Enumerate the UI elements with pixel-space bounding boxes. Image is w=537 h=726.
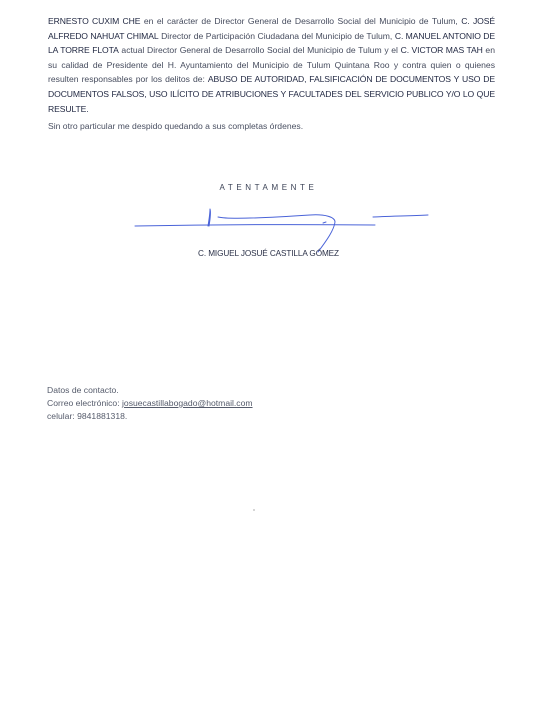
emphasized-text: C. VICTOR MAS TAH bbox=[401, 45, 483, 55]
body-text: actual Director General de Desarrollo So… bbox=[119, 45, 401, 55]
scan-speck bbox=[253, 509, 255, 511]
contact-heading: Datos de contacto. bbox=[47, 384, 119, 397]
body-paragraph: ERNESTO CUXIM CHE en el carácter de Dire… bbox=[48, 14, 495, 116]
body-text: Director de Participación Ciudadana del … bbox=[159, 31, 395, 41]
closing-line: Sin otro particular me despido quedando … bbox=[48, 121, 303, 131]
contact-phone: celular: 9841881318. bbox=[47, 410, 127, 423]
salutation: ATENTAMENTE bbox=[0, 183, 537, 192]
email-link[interactable]: josuecastillabogado@hotmail.com bbox=[122, 398, 253, 408]
document-page: ERNESTO CUXIM CHE en el carácter de Dire… bbox=[0, 0, 537, 726]
contact-email-row: Correo electrónico: josuecastillabogado@… bbox=[47, 397, 253, 410]
body-text: en el carácter de Director General de De… bbox=[140, 16, 461, 26]
email-label: Correo electrónico: bbox=[47, 398, 122, 408]
signer-name: C. MIGUEL JOSUÉ CASTILLA GÓMEZ bbox=[0, 249, 537, 258]
emphasized-text: ERNESTO CUXIM CHE bbox=[48, 16, 140, 26]
